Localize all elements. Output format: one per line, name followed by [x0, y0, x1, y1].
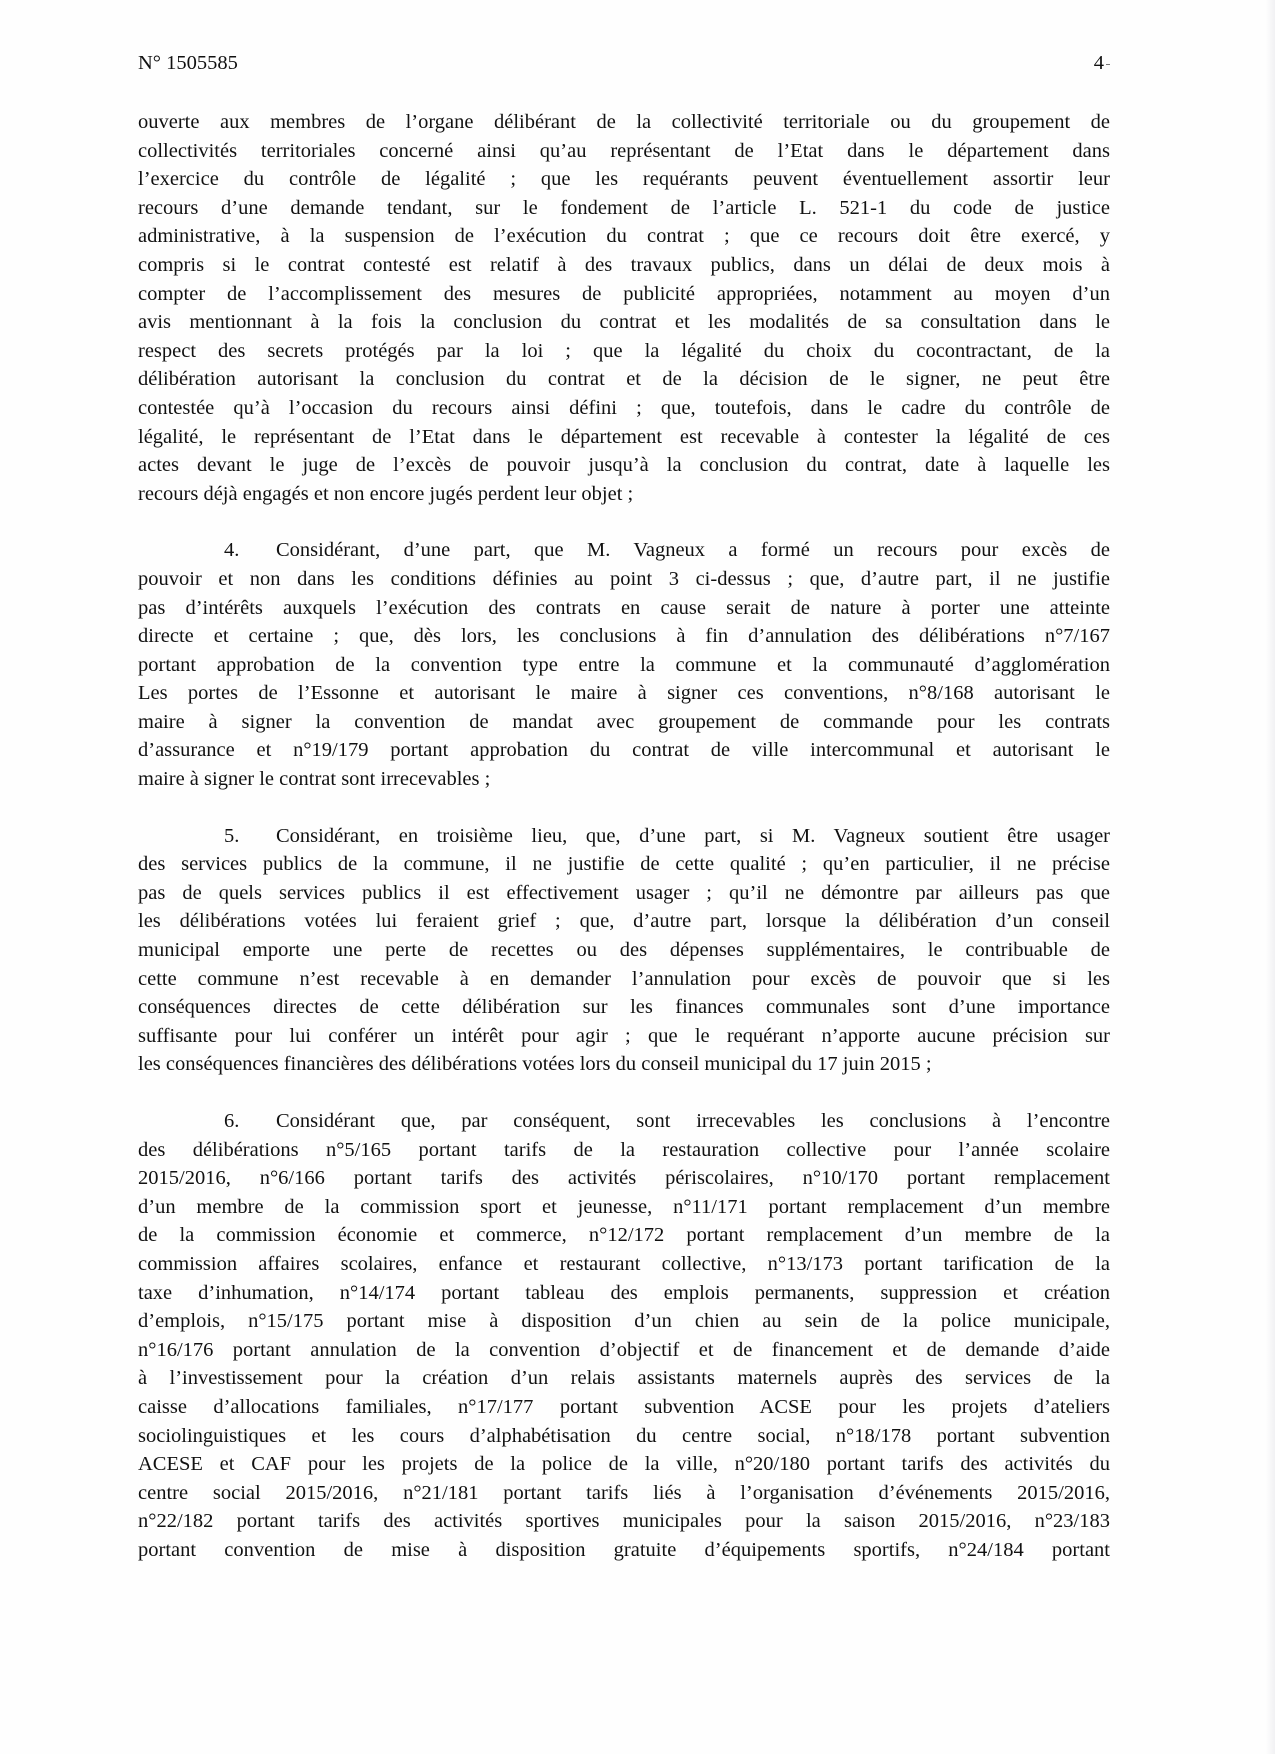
paragraph-number: 5.	[224, 822, 276, 851]
text-line: 2015/2016, n°6/166 portant tarifs des ac…	[138, 1164, 1110, 1193]
paragraph-first-line: Considérant, d’une part, que M. Vagneux …	[276, 539, 1110, 561]
paragraph-gap	[138, 794, 1110, 822]
paragraph-4: 4.Considérant, d’une part, que M. Vagneu…	[138, 536, 1110, 793]
text-line: des services publics de la commune, il n…	[138, 850, 1110, 879]
paragraph-continued: ouverte aux membres de l’organe délibéra…	[138, 108, 1110, 508]
paragraph-5: 5.Considérant, en troisième lieu, que, d…	[138, 822, 1110, 1079]
text-line: pas d’intérêts auxquels l’exécution des …	[138, 594, 1110, 623]
text-line: légalité, le représentant de l’Etat dans…	[138, 423, 1110, 452]
text-line: n°22/182 portant tarifs des activités sp…	[138, 1507, 1110, 1536]
text-line: portant convention de mise à disposition…	[138, 1536, 1110, 1565]
text-line: recours déjà engagés et non encore jugés…	[138, 480, 1110, 509]
text-line: à l’investissement pour la création d’un…	[138, 1364, 1110, 1393]
case-number: N° 1505585	[138, 52, 238, 75]
text-line: centre social 2015/2016, n°21/181 portan…	[138, 1479, 1110, 1508]
text-line: 5.Considérant, en troisième lieu, que, d…	[138, 822, 1110, 851]
document-page: N° 1505585 4 ouverte aux membres de l’or…	[0, 0, 1275, 1754]
text-line: d’assurance et n°19/179 portant approbat…	[138, 736, 1110, 765]
text-line: d’emplois, n°15/175 portant mise à dispo…	[138, 1307, 1110, 1336]
page-header: N° 1505585 4	[138, 52, 1110, 82]
text-line: conséquences directes de cette délibérat…	[138, 993, 1110, 1022]
text-line: n°16/176 portant annulation de la conven…	[138, 1336, 1110, 1365]
text-line: l’exercice du contrôle de légalité ; que…	[138, 165, 1110, 194]
text-line: collectivités territoriales concerné ain…	[138, 137, 1110, 166]
text-line: Les portes de l’Essonne et autorisant le…	[138, 679, 1110, 708]
text-line: ACESE et CAF pour les projets de la poli…	[138, 1450, 1110, 1479]
text-line: ouverte aux membres de l’organe délibéra…	[138, 108, 1110, 137]
text-line: les délibérations votées lui feraient gr…	[138, 907, 1110, 936]
text-line: avis mentionnant à la fois la conclusion…	[138, 308, 1110, 337]
text-line: les conséquences financières des délibér…	[138, 1050, 1110, 1079]
paragraph-gap	[138, 508, 1110, 536]
text-line: actes devant le juge de l’excès de pouvo…	[138, 451, 1110, 480]
text-line: directe et certaine ; que, dès lors, les…	[138, 622, 1110, 651]
text-line: d’un membre de la commission sport et je…	[138, 1193, 1110, 1222]
paragraph-first-line: Considérant, en troisième lieu, que, d’u…	[276, 825, 1110, 847]
page-number: 4	[1094, 52, 1110, 75]
text-line: portant approbation de la convention typ…	[138, 651, 1110, 680]
document-body: ouverte aux membres de l’organe délibéra…	[138, 108, 1110, 1565]
text-line: délibération autorisant la conclusion du…	[138, 365, 1110, 394]
paragraph-gap	[138, 1079, 1110, 1107]
paragraph-6: 6.Considérant que, par conséquent, sont …	[138, 1107, 1110, 1565]
text-line: contestée qu’à l’occasion du recours ain…	[138, 394, 1110, 423]
text-line: recours d’une demande tendant, sur le fo…	[138, 194, 1110, 223]
text-line: caisse d’allocations familiales, n°17/17…	[138, 1393, 1110, 1422]
text-line: administrative, à la suspension de l’exé…	[138, 222, 1110, 251]
text-line: compris si le contrat contesté est relat…	[138, 251, 1110, 280]
text-line: suffisante pour lui conférer un intérêt …	[138, 1022, 1110, 1051]
text-line: respect des secrets protégés par la loi …	[138, 337, 1110, 366]
text-line: commission affaires scolaires, enfance e…	[138, 1250, 1110, 1279]
paragraph-first-line: Considérant que, par conséquent, sont ir…	[276, 1110, 1110, 1132]
text-line: 4.Considérant, d’une part, que M. Vagneu…	[138, 536, 1110, 565]
text-line: compter de l’accomplissement des mesures…	[138, 280, 1110, 309]
text-line: taxe d’inhumation, n°14/174 portant tabl…	[138, 1279, 1110, 1308]
text-line: maire à signer la convention de mandat a…	[138, 708, 1110, 737]
text-line: municipal emporte une perte de recettes …	[138, 936, 1110, 965]
text-line: des délibérations n°5/165 portant tarifs…	[138, 1136, 1110, 1165]
text-line: de la commission économie et commerce, n…	[138, 1221, 1110, 1250]
text-line: 6.Considérant que, par conséquent, sont …	[138, 1107, 1110, 1136]
text-line: pouvoir et non dans les conditions défin…	[138, 565, 1110, 594]
text-line: cette commune n’est recevable à en deman…	[138, 965, 1110, 994]
paragraph-number: 4.	[224, 536, 276, 565]
text-line: pas de quels services publics il est eff…	[138, 879, 1110, 908]
paragraph-number: 6.	[224, 1107, 276, 1136]
text-line: maire à signer le contrat sont irrecevab…	[138, 765, 1110, 794]
scan-edge	[1265, 0, 1275, 1754]
text-line: sociolinguistiques et les cours d’alphab…	[138, 1422, 1110, 1451]
